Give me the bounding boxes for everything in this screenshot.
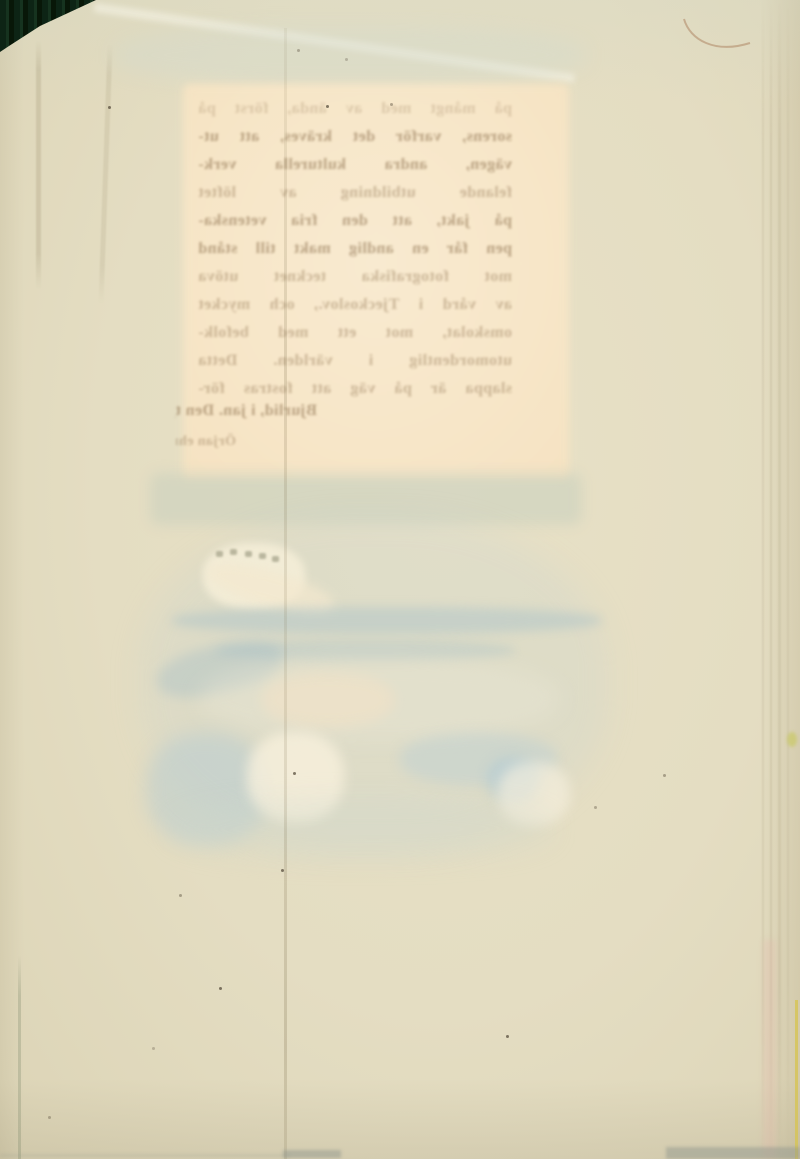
dust-speck xyxy=(326,105,329,108)
bleedthrough-photo-water-band xyxy=(172,607,602,634)
bleedthrough-photo-window-dot xyxy=(230,549,237,555)
bleedthrough-text-line: av vård i Tjeckoslov., och mycket xyxy=(198,293,512,317)
bottom-smudge xyxy=(283,1150,341,1158)
bleedthrough-text-line: mot fotografiska tecknet utöva xyxy=(198,265,512,289)
crease-line xyxy=(778,0,781,1159)
bleedthrough-text-line: sorens, varför det kräves, att ut- xyxy=(198,125,512,149)
dust-speck xyxy=(506,1035,509,1038)
crease-line xyxy=(787,0,789,1159)
edge-yellow-line xyxy=(795,1000,798,1159)
edge-pink-band xyxy=(763,940,776,1159)
bleedthrough-text-line: Bjurlid, i jan. Den tjecka vetens- xyxy=(175,399,317,423)
bleedthrough-text-line: utomordentlig i världen. Detta xyxy=(198,349,512,373)
bleedthrough-photo-window-dot xyxy=(272,556,279,562)
dust-speck xyxy=(152,1047,155,1050)
bleedthrough-text-line: på jakt, att den fria vetenska- xyxy=(198,209,512,233)
dust-speck xyxy=(179,894,182,897)
dust-speck xyxy=(297,49,300,52)
crease-line xyxy=(36,40,41,290)
bleedthrough-photo-window-dot xyxy=(245,551,252,557)
edge-yellow-mark xyxy=(787,732,797,747)
dust-speck xyxy=(219,987,222,990)
bleedthrough-text-line: slappa är på väg att fostras för- xyxy=(198,377,512,401)
dust-speck xyxy=(663,774,666,777)
bleedthrough-photo-wash xyxy=(170,798,552,860)
crease-line xyxy=(18,955,21,1159)
crease-line xyxy=(98,44,112,304)
dust-speck xyxy=(108,106,111,109)
paper-cool-tint-band xyxy=(115,26,585,84)
dust-speck xyxy=(48,1116,51,1119)
crease-line xyxy=(284,28,287,1159)
bleedthrough-photo-window-dot xyxy=(216,551,223,557)
dust-speck xyxy=(345,58,348,61)
bottom-smudge xyxy=(666,1147,800,1159)
dust-speck xyxy=(281,869,284,872)
dust-speck xyxy=(293,772,296,775)
bottom-smudge xyxy=(0,1154,290,1157)
dust-speck xyxy=(390,103,393,106)
bleedthrough-text-line: vägen, andra kulturella verk- xyxy=(198,153,512,177)
bleedthrough-text-line: pen får en andlig makt till stånd xyxy=(198,237,512,261)
bleedthrough-photo-wash xyxy=(200,658,560,740)
bleedthrough-signature: Örjan ehr E xyxy=(176,430,236,454)
scanned-page: { "scan": { "description_label": "Back s… xyxy=(0,0,800,1159)
bleedthrough-text-line: felande utbildning av löftet xyxy=(198,181,512,205)
bleedthrough-text-line: omskolat, mot ett med befolk- xyxy=(198,321,512,345)
bleedthrough-text-line: på mångt med av ända, först på xyxy=(198,97,512,121)
bleedthrough-photo-window-dot xyxy=(259,553,266,559)
scratch-mark xyxy=(650,8,770,58)
dust-speck xyxy=(594,806,597,809)
